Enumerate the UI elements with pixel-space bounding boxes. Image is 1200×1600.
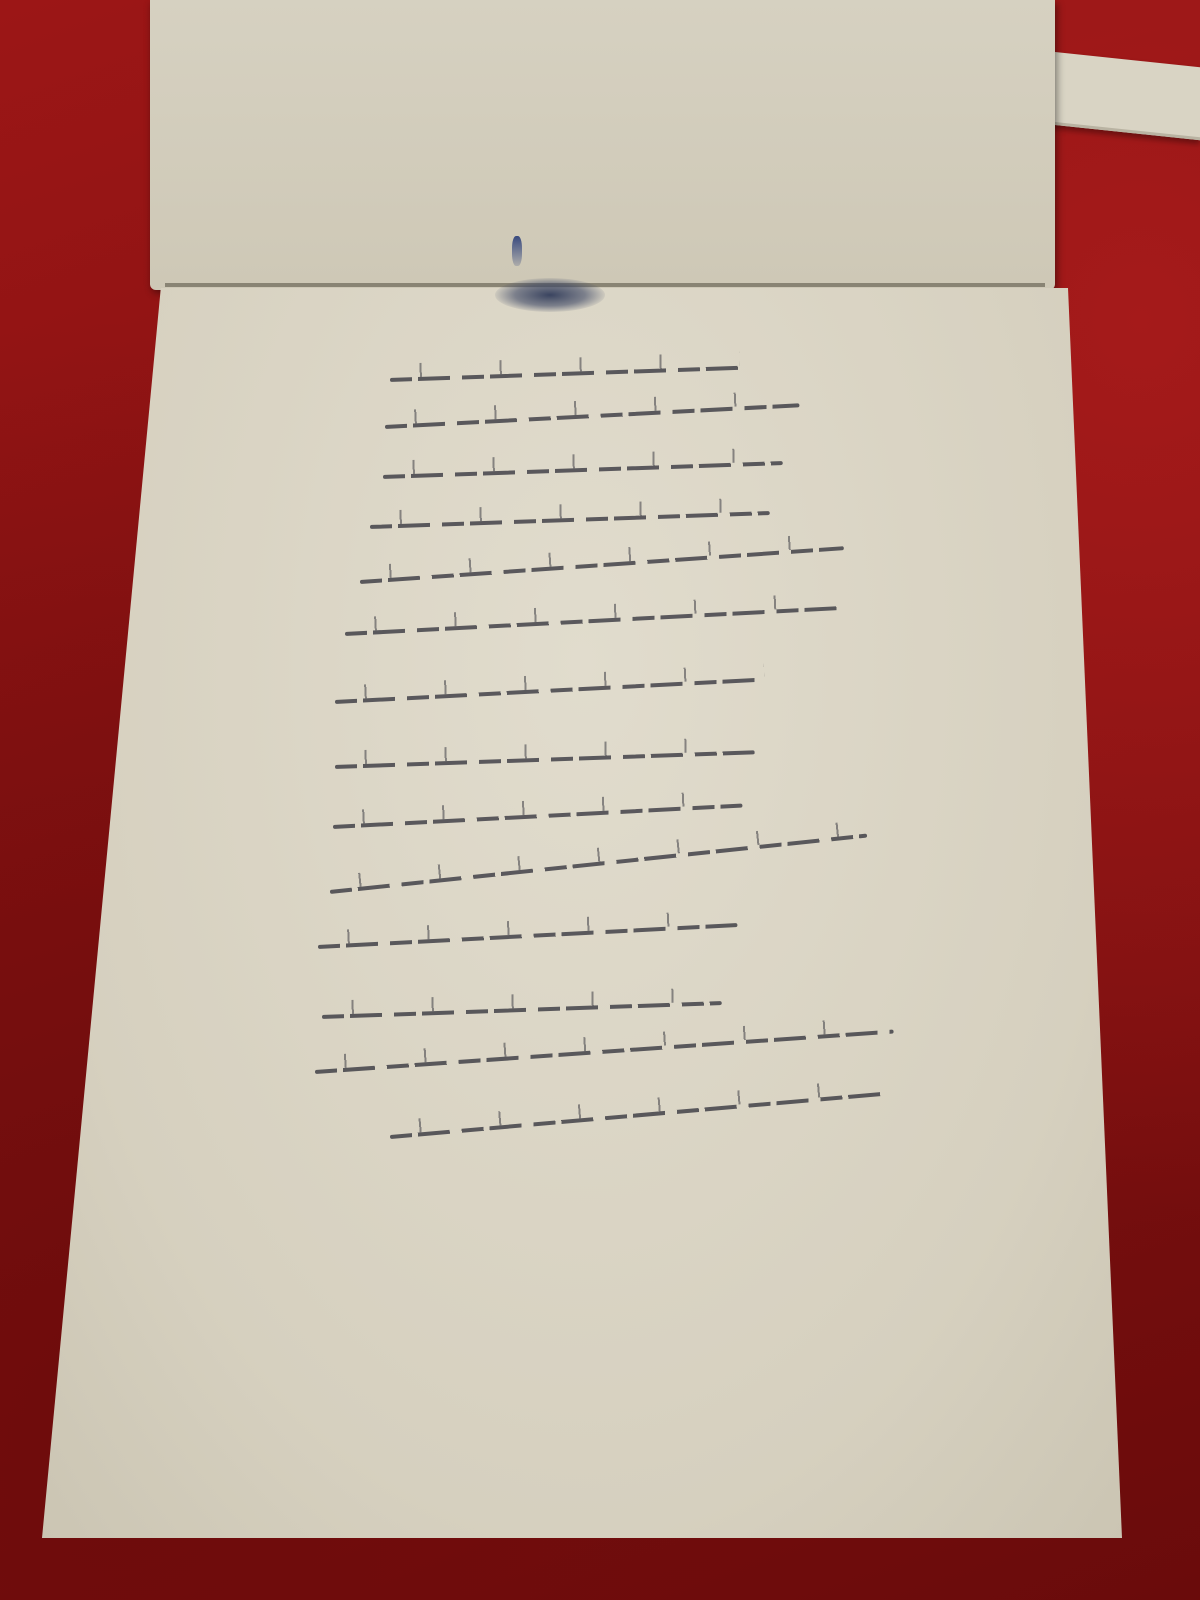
notebook-gutter bbox=[165, 283, 1045, 287]
upper-blank-page bbox=[150, 0, 1055, 290]
lower-handwritten-page bbox=[42, 288, 1122, 1538]
ink-blot-stain bbox=[495, 278, 605, 312]
blue-ink-mark bbox=[512, 236, 522, 266]
